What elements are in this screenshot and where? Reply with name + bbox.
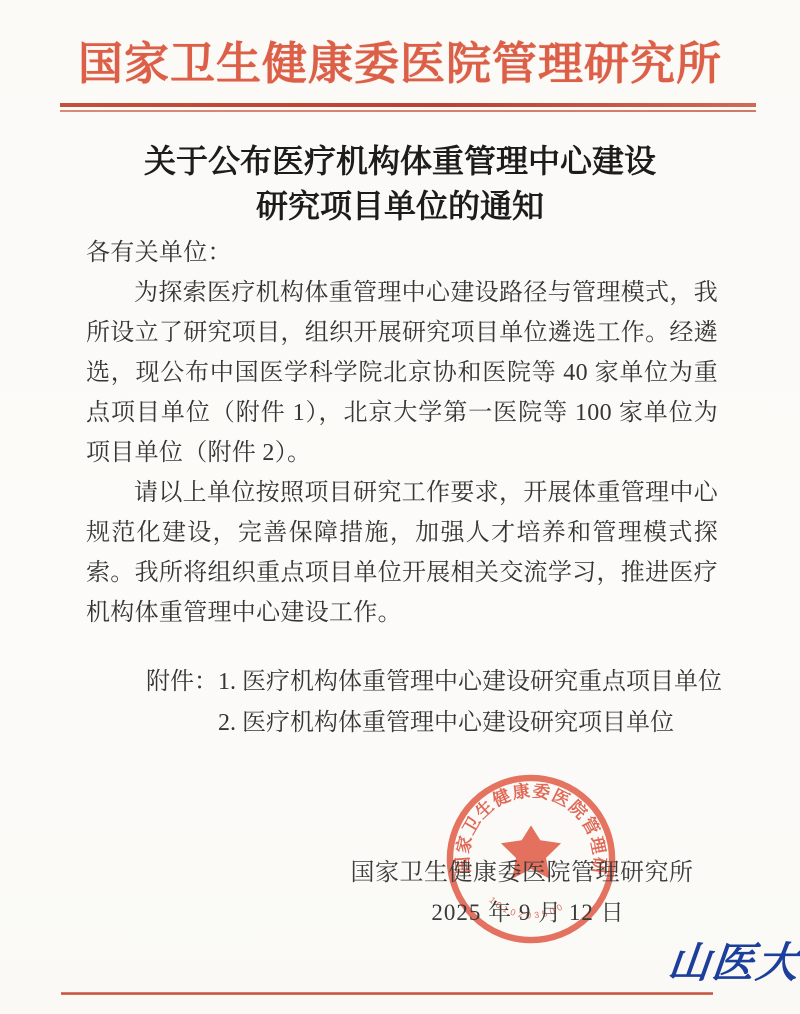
document-title-line2: 研究项目单位的通知 <box>0 184 800 229</box>
body-paragraph: 为探索医疗机构体重管理中心建设路径与管理模式，我所设立了研究项目，组织开展研究项… <box>86 273 718 473</box>
document-title: 关于公布医疗机构体重管理中心建设 研究项目单位的通知 <box>0 139 800 229</box>
signature-date: 2025 年 9 月 12 日 <box>222 894 800 927</box>
footer-red-rule <box>61 992 713 995</box>
attachment-item: 附件： 2. 医疗机构体重管理中心建设研究项目单位 <box>146 703 722 744</box>
body-paragraph: 请以上单位按照项目研究工作要求，开展体重管理中心规范化建设，完善保障措施，加强人… <box>86 473 718 633</box>
attachments-list: 附件： 1. 医疗机构体重管理中心建设研究重点项目单位 附件： 2. 医疗机构体… <box>146 662 722 744</box>
attachment-item-text: 2. 医疗机构体重管理中心建设研究项目单位 <box>218 703 674 744</box>
signature-org-name: 国家卫生健康委医院管理研究所 <box>222 852 800 887</box>
salutation: 各有关单位： <box>86 233 718 273</box>
document-body: 各有关单位： 为探索医疗机构体重管理中心建设路径与管理模式，我所设立了研究项目，… <box>86 233 718 633</box>
attachment-item-text: 1. 医疗机构体重管理中心建设研究重点项目单位 <box>218 662 722 703</box>
document-title-line1: 关于公布医疗机构体重管理中心建设 <box>0 139 800 184</box>
watermark-logo-text: 山医大 <box>658 941 800 987</box>
attachment-item: 附件： 1. 医疗机构体重管理中心建设研究重点项目单位 <box>146 662 722 703</box>
letterhead-org-name: 国家卫生健康委医院管理研究所 <box>0 34 800 94</box>
attachments-label: 附件： <box>146 662 218 703</box>
letterhead-divider-thick-rule <box>60 103 756 107</box>
letterhead-divider <box>60 103 756 112</box>
scanned-notice-page: 国家卫生健康委医院管理研究所 关于公布医疗机构体重管理中心建设 研究项目单位的通… <box>0 0 800 1014</box>
letterhead-divider-thin-rule <box>60 110 756 112</box>
